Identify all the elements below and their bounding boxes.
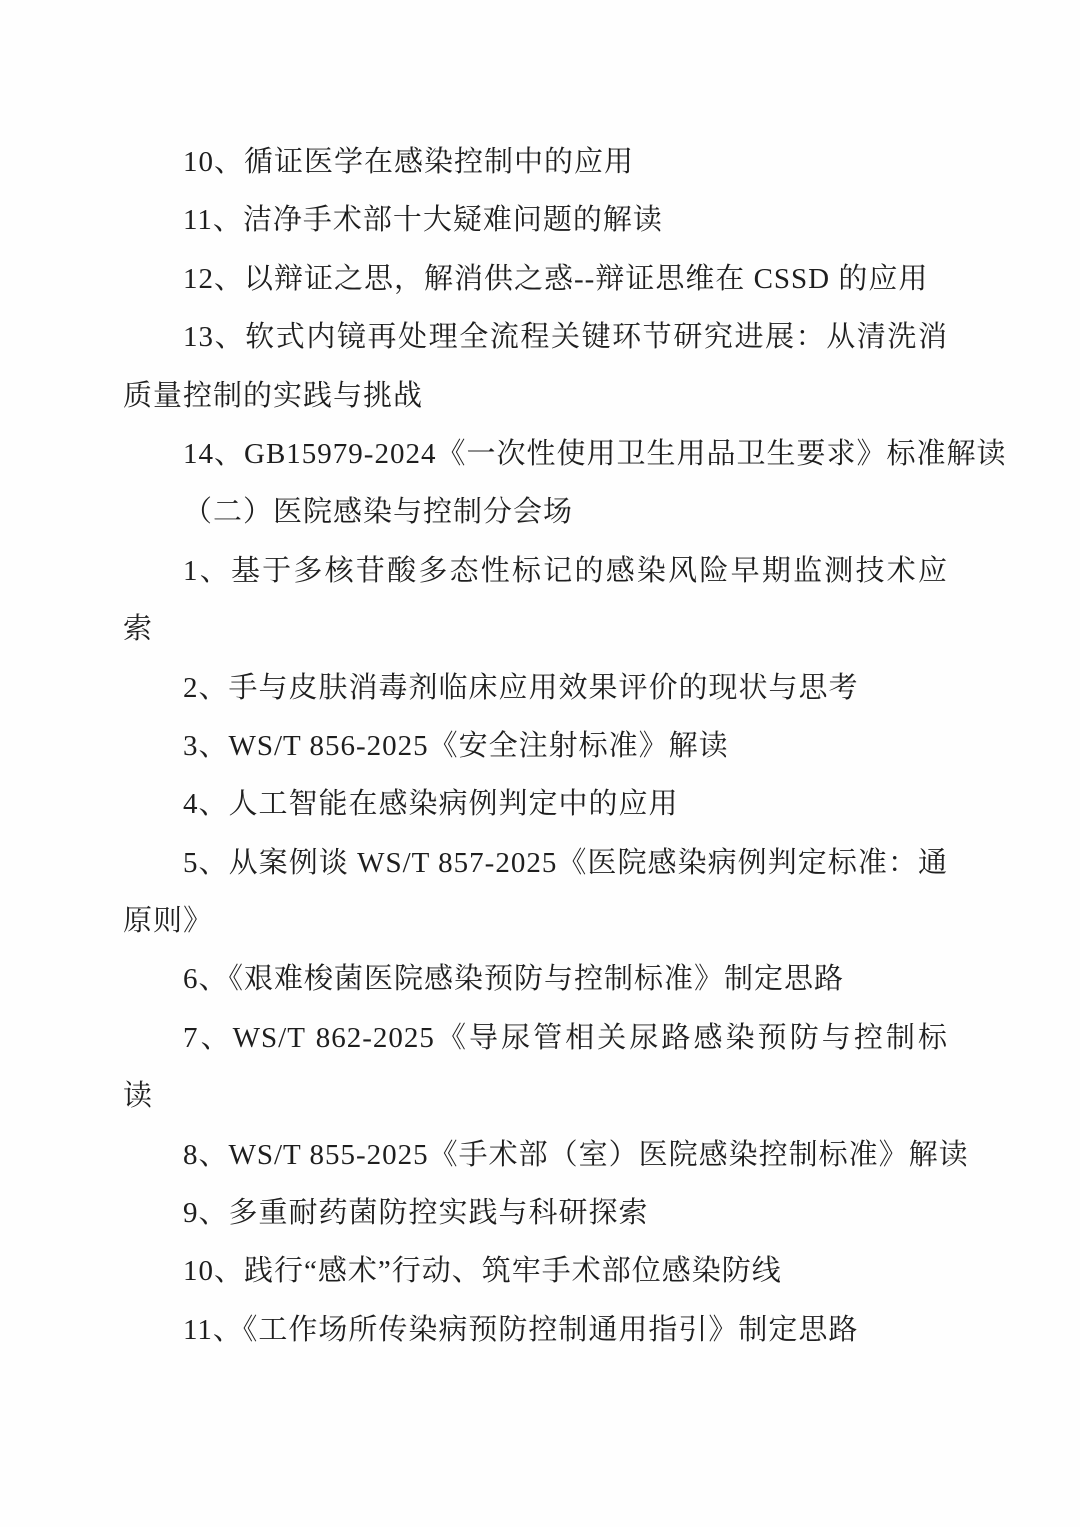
document-page: 10、循证医学在感染控制中的应用11、洁净手术部十大疑难问题的解读12、以辩证之… (0, 0, 1080, 1527)
text-line: 质量控制的实践与挑战 (123, 367, 948, 425)
text-line: 3、WS/T 856-2025《安全注射标准》解读 (123, 717, 948, 775)
text-line: 8、WS/T 855-2025《手术部（室）医院感染控制标准》解读 (123, 1126, 948, 1184)
text-line: 7、WS/T 862-2025《导尿管相关尿路感染预防与控制标准》解 (123, 1009, 948, 1067)
text-line: 6、《艰难梭菌医院感染预防与控制标准》制定思路 (123, 950, 948, 1008)
text-line: 11、《工作场所传染病预防控制通用指引》制定思路 (123, 1301, 948, 1359)
text-line: 原则》 (123, 892, 948, 950)
text-line: 2、手与皮肤消毒剂临床应用效果评价的现状与思考 (123, 659, 948, 717)
text-line: 索 (123, 600, 948, 658)
text-line: 11、洁净手术部十大疑难问题的解读 (123, 191, 948, 249)
text-line: 10、践行“感术”行动、筑牢手术部位感染防线 (123, 1242, 948, 1300)
text-line: 14、GB15979-2024《一次性使用卫生用品卫生要求》标准解读 (123, 425, 948, 483)
text-line: 10、循证医学在感染控制中的应用 (123, 133, 948, 191)
text-line: 5、从案例谈 WS/T 857-2025《医院感染病例判定标准：通用 (123, 834, 948, 892)
document-body: 10、循证医学在感染控制中的应用11、洁净手术部十大疑难问题的解读12、以辩证之… (123, 133, 948, 1359)
text-line: 12、以辩证之思，解消供之惑--辩证思维在 CSSD 的应用 (123, 250, 948, 308)
text-line: 13、软式内镜再处理全流程关键环节研究进展：从清洗消毒到 (123, 308, 948, 366)
text-line: 9、多重耐药菌防控实践与科研探索 (123, 1184, 948, 1242)
text-line: 1、基于多核苷酸多态性标记的感染风险早期监测技术应用探 (123, 542, 948, 600)
text-line: 4、人工智能在感染病例判定中的应用 (123, 775, 948, 833)
text-line: 读 (123, 1067, 948, 1125)
text-line: （二）医院感染与控制分会场 (123, 483, 948, 541)
